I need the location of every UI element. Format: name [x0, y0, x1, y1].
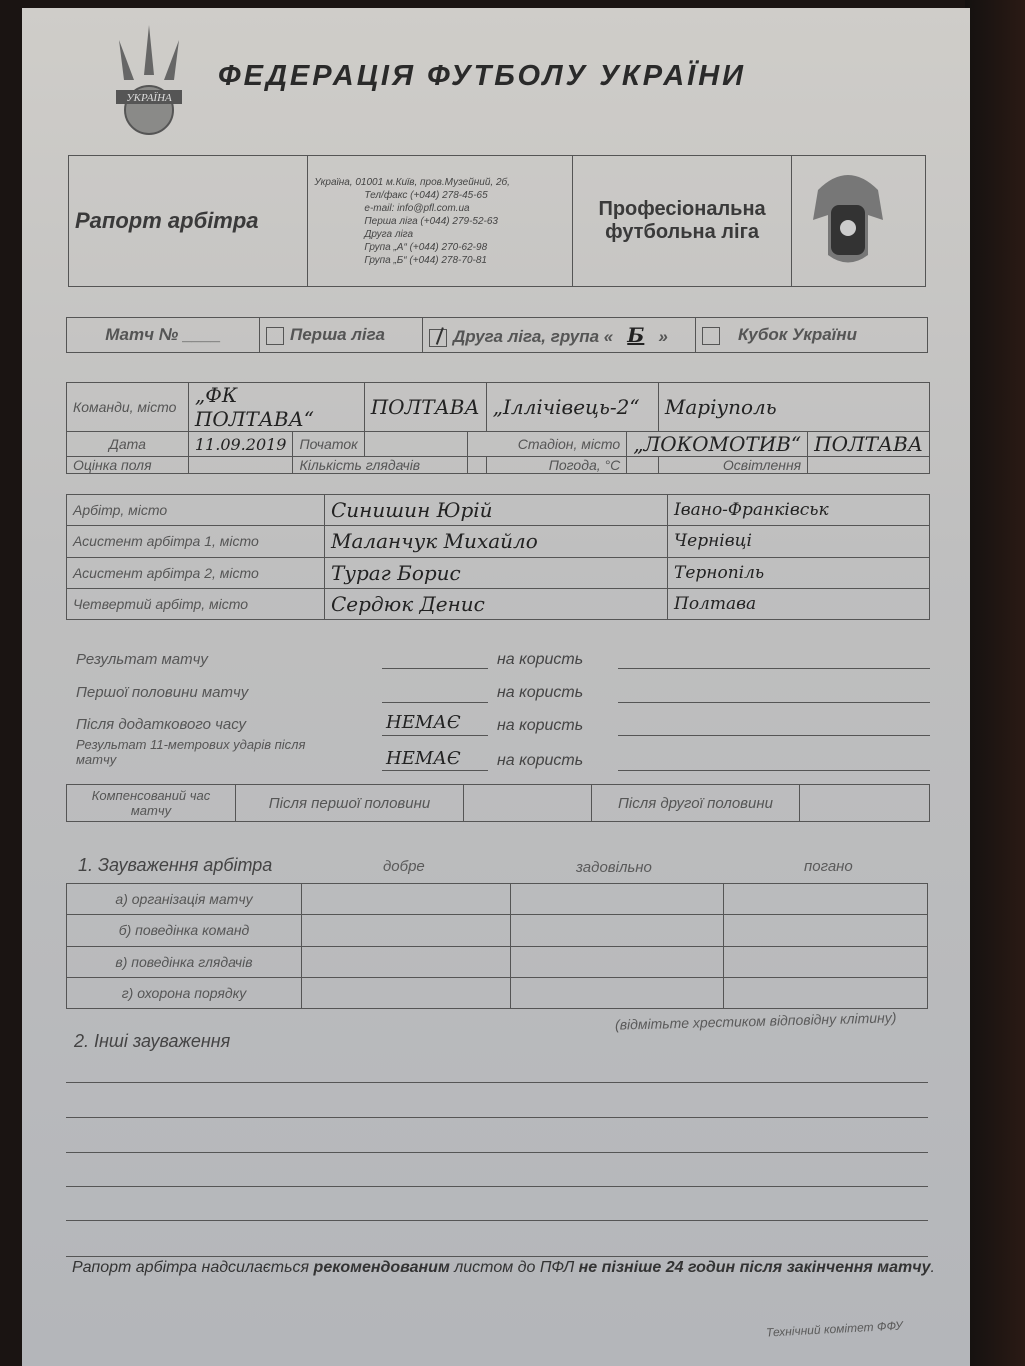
stadium-city-value: ПОЛТАВА	[808, 432, 930, 457]
ffu-trident-logo-icon: УКРАЇНА	[104, 20, 194, 135]
svg-text:УКРАЇНА: УКРАЇНА	[126, 92, 172, 104]
match-info-table: Команди, місто „ФК ПОЛТАВА“ ПОЛТАВА „Ілл…	[66, 382, 930, 474]
referee-row: Четвертий арбітр, містоСердюк ДенисПолта…	[67, 588, 930, 619]
report-title-cell: Рапорт арбітра	[69, 156, 308, 287]
report-title: Рапорт арбітра	[75, 208, 259, 233]
after-extra-time-value: НЕМАЄ	[386, 712, 461, 733]
pfl-emblem-cell	[792, 156, 926, 287]
pfl-emblem-icon	[798, 160, 898, 280]
remark-cell[interactable]	[511, 946, 724, 977]
second-half-added-value	[800, 785, 930, 822]
league-name: Професіональна футбольна ліга	[598, 198, 765, 243]
address-cell: Україна, 01001 м.Київ, пров.Музейний, 2б…	[308, 156, 573, 287]
referee-row: Асистент арбітра 1, містоМаланчук Михайл…	[67, 526, 930, 557]
date-value: 11.09.2019	[188, 432, 293, 457]
remark-cell[interactable]	[302, 915, 511, 946]
remark-cell[interactable]	[724, 915, 928, 946]
second-league-option[interactable]: Друга ліга, група «Б»	[423, 318, 696, 353]
start-value	[364, 432, 467, 457]
team2-value: „Іллічівець-2“	[486, 383, 658, 432]
remark-cell[interactable]	[511, 884, 724, 915]
referees-table: Арбітр, містоСинишин ЮрійІвано-Франківсь…	[66, 494, 930, 620]
group-value: Б	[613, 323, 658, 347]
address-block: Україна, 01001 м.Київ, пров.Музейний, 2б…	[314, 176, 566, 267]
city1-value: ПОЛТАВА	[364, 383, 486, 432]
first-league-checkbox[interactable]	[266, 327, 284, 345]
stadium-value: „ЛОКОМОТИВ“	[627, 432, 808, 457]
federation-title: ФЕДЕРАЦІЯ ФУТБОЛУ УКРАЇНИ	[218, 60, 746, 93]
remark-cell[interactable]	[302, 977, 511, 1008]
remark-cell[interactable]	[511, 977, 724, 1008]
spectators-value	[467, 457, 486, 474]
city2-value: Маріуполь	[658, 383, 929, 432]
remarks-table: а) організація матчу б) поведінка команд…	[66, 883, 928, 1009]
cup-checkbox[interactable]	[702, 327, 720, 345]
remark-cell[interactable]	[302, 946, 511, 977]
weather-value	[627, 457, 659, 474]
team1-value: „ФК ПОЛТАВА“	[188, 383, 364, 432]
first-league-option[interactable]: Перша ліга	[260, 318, 423, 353]
match-number-cell: Матч № ____	[67, 318, 260, 353]
referee-row: Арбітр, містоСинишин ЮрійІвано-Франківсь…	[67, 495, 930, 526]
remark-cell[interactable]	[724, 946, 928, 977]
title-box: Рапорт арбітра Україна, 01001 м.Київ, пр…	[68, 155, 926, 287]
lighting-value	[808, 457, 930, 474]
added-time-table: Компенсований час матчу Після першої пол…	[66, 784, 930, 822]
league-cell: Професіональна футбольна ліга	[572, 156, 791, 287]
remark-cell[interactable]	[511, 915, 724, 946]
penalties-value: НЕМАЄ	[386, 748, 461, 769]
cup-option[interactable]: Кубок України	[696, 318, 928, 353]
second-league-checkbox[interactable]	[429, 329, 447, 347]
remark-cell[interactable]	[302, 884, 511, 915]
background-edge	[965, 0, 1025, 1366]
match-row: Матч № ____ Перша ліга Друга ліга, група…	[66, 317, 928, 353]
first-half-added-value	[464, 785, 592, 822]
referee-row: Асистент арбітра 2, містоТураг БорисТерн…	[67, 557, 930, 588]
submission-notice: Рапорт арбітра надсилається рекомендован…	[72, 1258, 938, 1278]
remark-cell[interactable]	[724, 884, 928, 915]
remark-cell[interactable]	[724, 977, 928, 1008]
field-value	[188, 457, 293, 474]
